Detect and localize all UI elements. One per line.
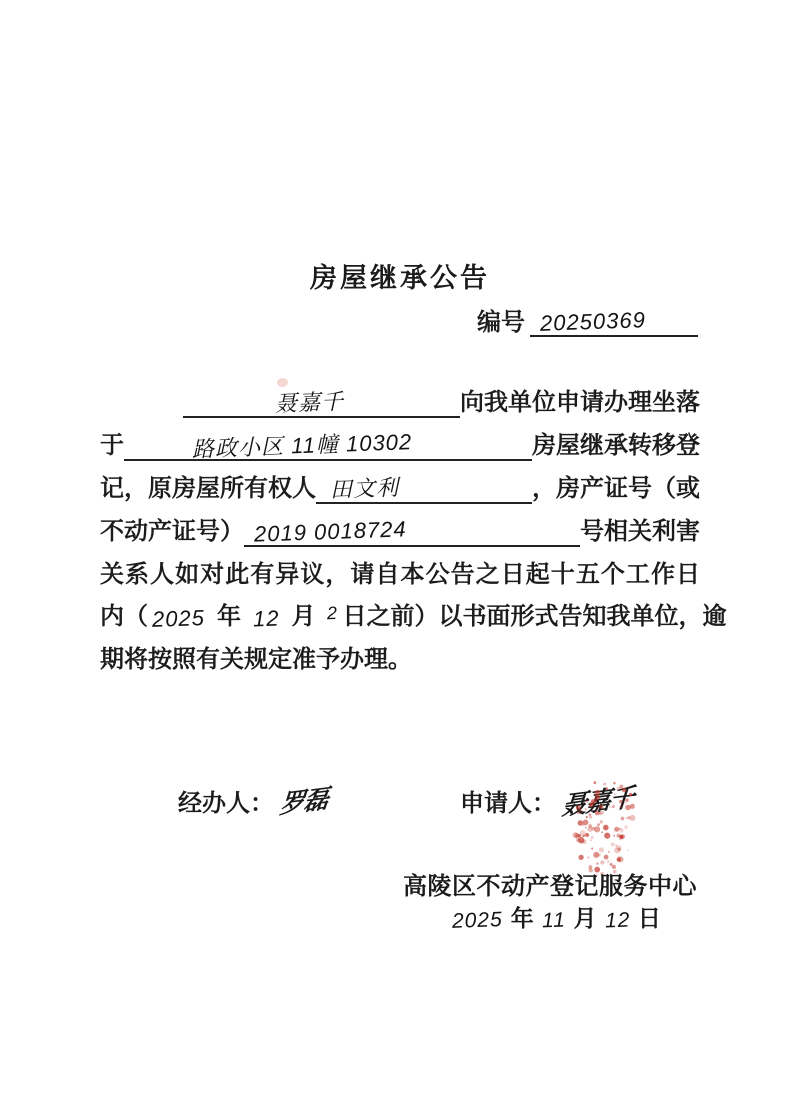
cert-number-blank: 2019 0018724	[244, 515, 580, 547]
applicant-label: 申请人：	[460, 783, 556, 818]
body-line-5: 关系人如对此有异议，请自本公告之日起十五个工作日	[100, 558, 700, 590]
body-line-6: 内（ 2025 年 12 月 2 日之前）以书面形式告知我单位，逾	[100, 600, 700, 632]
month-unit-label: 月	[291, 602, 315, 632]
issue-year-unit: 年	[511, 900, 534, 933]
issue-month-fill: 11	[541, 910, 566, 934]
address-fill: 路政小区 11幢 10302	[192, 431, 413, 463]
doc-number-blank: 20250369	[530, 301, 698, 337]
doc-number-label: 编号	[477, 302, 525, 337]
deadline-month-fill: 12	[253, 608, 280, 633]
issue-month-unit: 月	[574, 900, 597, 933]
owner-name-fill: 田文利	[330, 477, 400, 503]
address-blank: 路政小区 11幢 10302	[124, 429, 532, 461]
scanned-notice-document: 房屋继承公告 编号 20250369 聂嘉千 向我单位申请办理坐落 于 路政小区…	[0, 0, 800, 1112]
body-line-1: 聂嘉千 向我单位申请办理坐落	[100, 386, 700, 418]
issue-day-fill: 12	[604, 910, 630, 934]
cert-number-fill: 2019 0018724	[254, 518, 407, 547]
body-line-1-text: 向我单位申请办理坐落	[460, 388, 700, 418]
doc-number-value: 20250369	[540, 309, 647, 337]
issuing-organization: 高陵区不动产登记服务中心	[403, 866, 697, 901]
applicant-name-fill: 聂嘉千	[275, 391, 345, 417]
year-unit-label: 年	[217, 602, 241, 632]
page-title: 房屋继承公告	[0, 256, 800, 295]
body-line-2-prefix: 于	[100, 431, 124, 461]
handler-sign-block: 经办人： 罗磊	[178, 786, 328, 818]
issue-date-row: 2025 年 11 月 12 日	[452, 901, 661, 933]
handler-label: 经办人：	[178, 783, 274, 818]
body-line-6-text: 日之前）以书面形式告知我单位，逾	[342, 602, 726, 632]
deadline-day-fill: 2	[327, 604, 339, 624]
doc-number-row: 编号 20250369	[477, 303, 698, 337]
body-line-4-prefix: 不动产证号）	[100, 517, 244, 547]
body-line-7-text: 期将按照有关规定准予办理。	[100, 645, 412, 675]
handler-signature: 罗磊	[279, 779, 330, 822]
body-line-2-text: 房屋继承转移登	[532, 431, 700, 461]
issue-year-fill: 2025	[452, 909, 503, 934]
body-line-3-prefix: 记，原房屋所有权人	[100, 474, 316, 504]
applicant-name-blank: 聂嘉千	[183, 386, 460, 418]
body-line-2: 于 路政小区 11幢 10302 房屋继承转移登	[100, 429, 700, 461]
body-line-4-text: 号相关利害	[580, 517, 700, 547]
deadline-year-fill: 2025	[152, 607, 206, 633]
body-line-4: 不动产证号） 2019 0018724 号相关利害	[100, 515, 700, 547]
body-line-6-prefix: 内（	[100, 602, 148, 632]
body-line-3: 记，原房屋所有权人 田文利 ，房产证号（或	[100, 472, 700, 504]
owner-name-blank: 田文利	[316, 472, 532, 504]
body-line-5-text: 关系人如对此有异议，请自本公告之日起十五个工作日	[100, 560, 700, 590]
issue-day-unit: 日	[638, 900, 661, 933]
body-line-3-text: ，房产证号（或	[532, 474, 700, 504]
body-line-7: 期将按照有关规定准予办理。	[100, 643, 700, 675]
